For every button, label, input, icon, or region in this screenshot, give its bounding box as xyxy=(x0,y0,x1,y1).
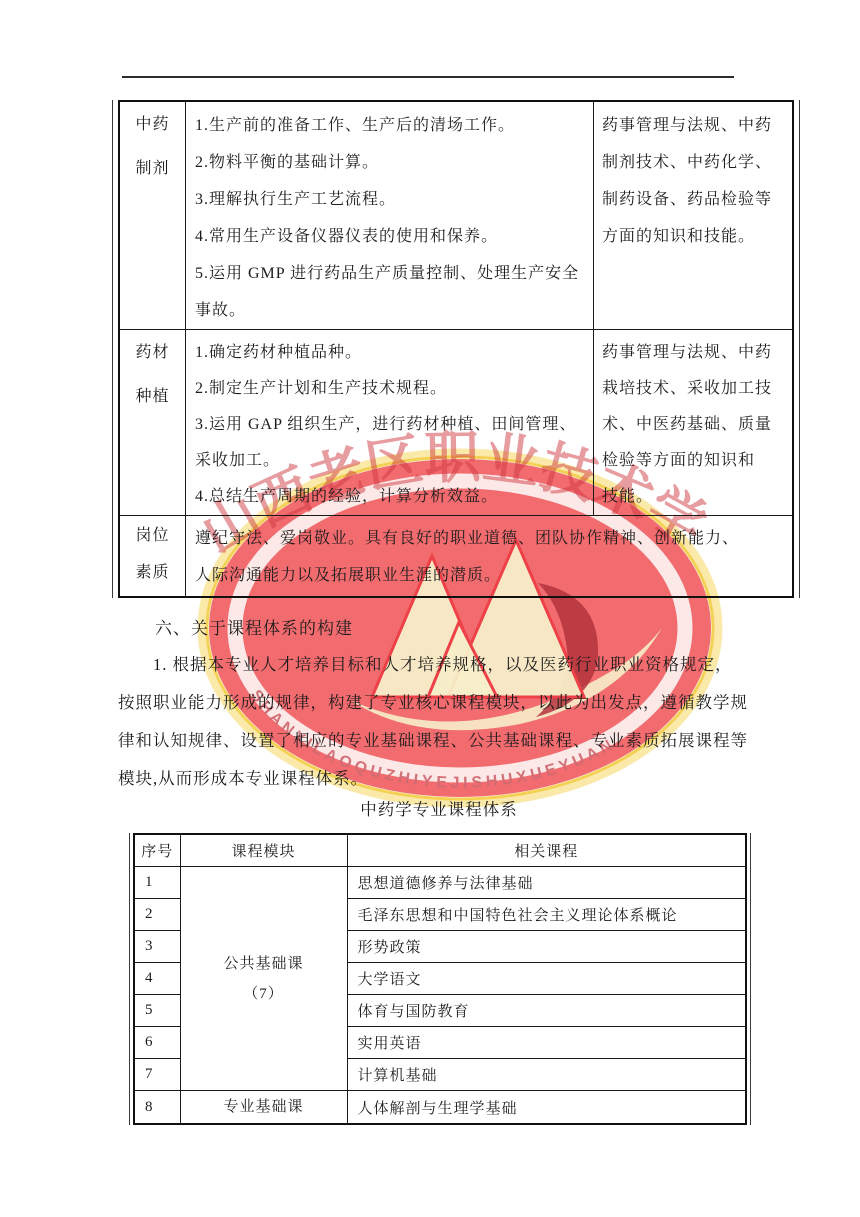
curriculum-table-caption: 中药学专业课程体系 xyxy=(133,796,745,820)
course-cell: 思想道德修养与法律基础 xyxy=(347,867,746,899)
header-course: 相关课程 xyxy=(347,834,746,867)
header-module: 课程模块 xyxy=(180,834,347,867)
text-line: 栽培技术、采收加工技 xyxy=(602,371,788,407)
text-line: 岗位 xyxy=(121,517,184,554)
competency-table: 中药制剂 1.生产前的准备工作、生产后的清场工作。2.物料平衡的基础计算。3.理… xyxy=(118,100,794,598)
table-row: 药材种植 1.确定药材种植品种。2.制定生产计划和生产技术规程。3.运用 GAP… xyxy=(119,330,793,516)
text-line: （7） xyxy=(182,979,346,1009)
tasks-cell: 1.生产前的准备工作、生产后的清场工作。2.物料平衡的基础计算。3.理解执行生产… xyxy=(186,101,594,330)
row-label-gangwei-suzhi: 岗位素质 xyxy=(119,516,186,597)
row-no: 4 xyxy=(134,963,180,995)
text-line: 检验等方面的知识和 xyxy=(602,443,788,479)
row-label-yaocai-zhongzhi: 药材种植 xyxy=(119,330,186,516)
knowledge-cell: 药事管理与法规、中药制剂技术、中药化学、制药设备、药品检验等方面的知识和技能。 xyxy=(594,101,794,330)
row-no: 7 xyxy=(134,1059,180,1091)
tasks-cell: 1.确定药材种植品种。2.制定生产计划和生产技术规程。3.运用 GAP 组织生产… xyxy=(186,330,594,516)
course-cell: 形势政策 xyxy=(347,931,746,963)
text-line: 1.生产前的准备工作、生产后的清场工作。 xyxy=(195,107,587,144)
text-line: 采收加工。 xyxy=(195,443,587,479)
course-cell: 计算机基础 xyxy=(347,1059,746,1091)
text-line: 种植 xyxy=(121,375,184,419)
row-label-zhongyao-zhiji: 中药制剂 xyxy=(119,101,186,330)
row-no: 2 xyxy=(134,899,180,931)
text-line: 按照职业能力形成的规律，构建了专业核心课程模块，以此为出发点，遵循教学规 xyxy=(118,684,773,722)
table-row: 1 公共基础课（7） 思想道德修养与法律基础 xyxy=(134,867,746,899)
text-line: 3.理解执行生产工艺流程。 xyxy=(195,181,587,218)
text-line: 2.物料平衡的基础计算。 xyxy=(195,144,587,181)
text-line: 药材 xyxy=(121,331,184,375)
header-row: 序号 课程模块 相关课程 xyxy=(134,834,746,867)
text-line: 1. 根据本专业人才培养目标和人才培养规格，以及医药行业职业资格规定， xyxy=(118,646,773,684)
text-line: 公共基础课 xyxy=(182,949,346,979)
text-line: 素质 xyxy=(121,554,184,591)
text-line: 模块,从而形成本专业课程体系。 xyxy=(118,760,773,798)
text-line: 制剂 xyxy=(121,147,184,191)
text-line: 中药 xyxy=(121,103,184,147)
text-line: 4.常用生产设备仪器仪表的使用和保养。 xyxy=(195,218,587,255)
text-line: 药事管理与法规、中药 xyxy=(602,335,788,371)
competency-table-wrap: 中药制剂 1.生产前的准备工作、生产后的清场工作。2.物料平衡的基础计算。3.理… xyxy=(118,100,794,598)
course-cell: 大学语文 xyxy=(347,963,746,995)
module-cell-public-basic: 公共基础课（7） xyxy=(180,867,347,1091)
text-line: 5.运用 GMP 进行药品生产质量控制、处理生产安全 xyxy=(195,255,587,292)
course-cell: 人体解剖与生理学基础 xyxy=(347,1091,746,1125)
text-line: 技能。 xyxy=(602,479,788,515)
text-line: 术、中医药基础、质量 xyxy=(602,407,788,443)
document-page: SHANXILAOQUZHIYEJISHUXUEYUAN 山西老区职业技术学院 … xyxy=(0,0,860,1217)
section-paragraph: 1. 根据本专业人才培养目标和人才培养规格，以及医药行业职业资格规定，按照职业能… xyxy=(118,646,773,798)
text-line: 药事管理与法规、中药 xyxy=(602,107,788,144)
table-row: 8 专业基础课 人体解剖与生理学基础 xyxy=(134,1091,746,1125)
curriculum-table: 序号 课程模块 相关课程 1 公共基础课（7） 思想道德修养与法律基础 2 毛泽… xyxy=(133,833,747,1125)
knowledge-cell: 药事管理与法规、中药栽培技术、采收加工技术、中医药基础、质量检验等方面的知识和技… xyxy=(594,330,794,516)
text-line: 方面的知识和技能。 xyxy=(602,218,788,255)
text-line: 人际沟通能力以及拓展职业生涯的潜质。 xyxy=(195,557,786,594)
page-header-rule xyxy=(122,76,734,78)
section-heading: 六、关于课程体系的构建 xyxy=(155,614,353,639)
header-no: 序号 xyxy=(134,834,180,867)
text-line: 制药设备、药品检验等 xyxy=(602,181,788,218)
text-line: 制剂技术、中药化学、 xyxy=(602,144,788,181)
table-row: 岗位素质 遵纪守法、爱岗敬业。具有良好的职业道德、团队协作精神、创新能力、人际沟… xyxy=(119,516,793,597)
quality-cell: 遵纪守法、爱岗敬业。具有良好的职业道德、团队协作精神、创新能力、人际沟通能力以及… xyxy=(186,516,794,597)
course-cell: 实用英语 xyxy=(347,1027,746,1059)
row-no: 5 xyxy=(134,995,180,1027)
row-no: 6 xyxy=(134,1027,180,1059)
text-line: 遵纪守法、爱岗敬业。具有良好的职业道德、团队协作精神、创新能力、 xyxy=(195,520,786,557)
text-line: 4.总结生产周期的经验，计算分析效益。 xyxy=(195,479,587,515)
text-line: 律和认知规律、设置了相应的专业基础课程、公共基础课程、专业素质拓展课程等 xyxy=(118,722,773,760)
text-line: 事故。 xyxy=(195,292,587,329)
module-cell-professional-basic: 专业基础课 xyxy=(180,1091,347,1125)
text-line: 2.制定生产计划和生产技术规程。 xyxy=(195,371,587,407)
course-cell: 毛泽东思想和中国特色社会主义理论体系概论 xyxy=(347,899,746,931)
course-cell: 体育与国防教育 xyxy=(347,995,746,1027)
text-line: 1.确定药材种植品种。 xyxy=(195,335,587,371)
row-no: 8 xyxy=(134,1091,180,1125)
row-no: 1 xyxy=(134,867,180,899)
table-row: 中药制剂 1.生产前的准备工作、生产后的清场工作。2.物料平衡的基础计算。3.理… xyxy=(119,101,793,330)
row-no: 3 xyxy=(134,931,180,963)
curriculum-table-wrap: 序号 课程模块 相关课程 1 公共基础课（7） 思想道德修养与法律基础 2 毛泽… xyxy=(133,833,747,1125)
text-line: 3.运用 GAP 组织生产，进行药材种植、田间管理、 xyxy=(195,407,587,443)
